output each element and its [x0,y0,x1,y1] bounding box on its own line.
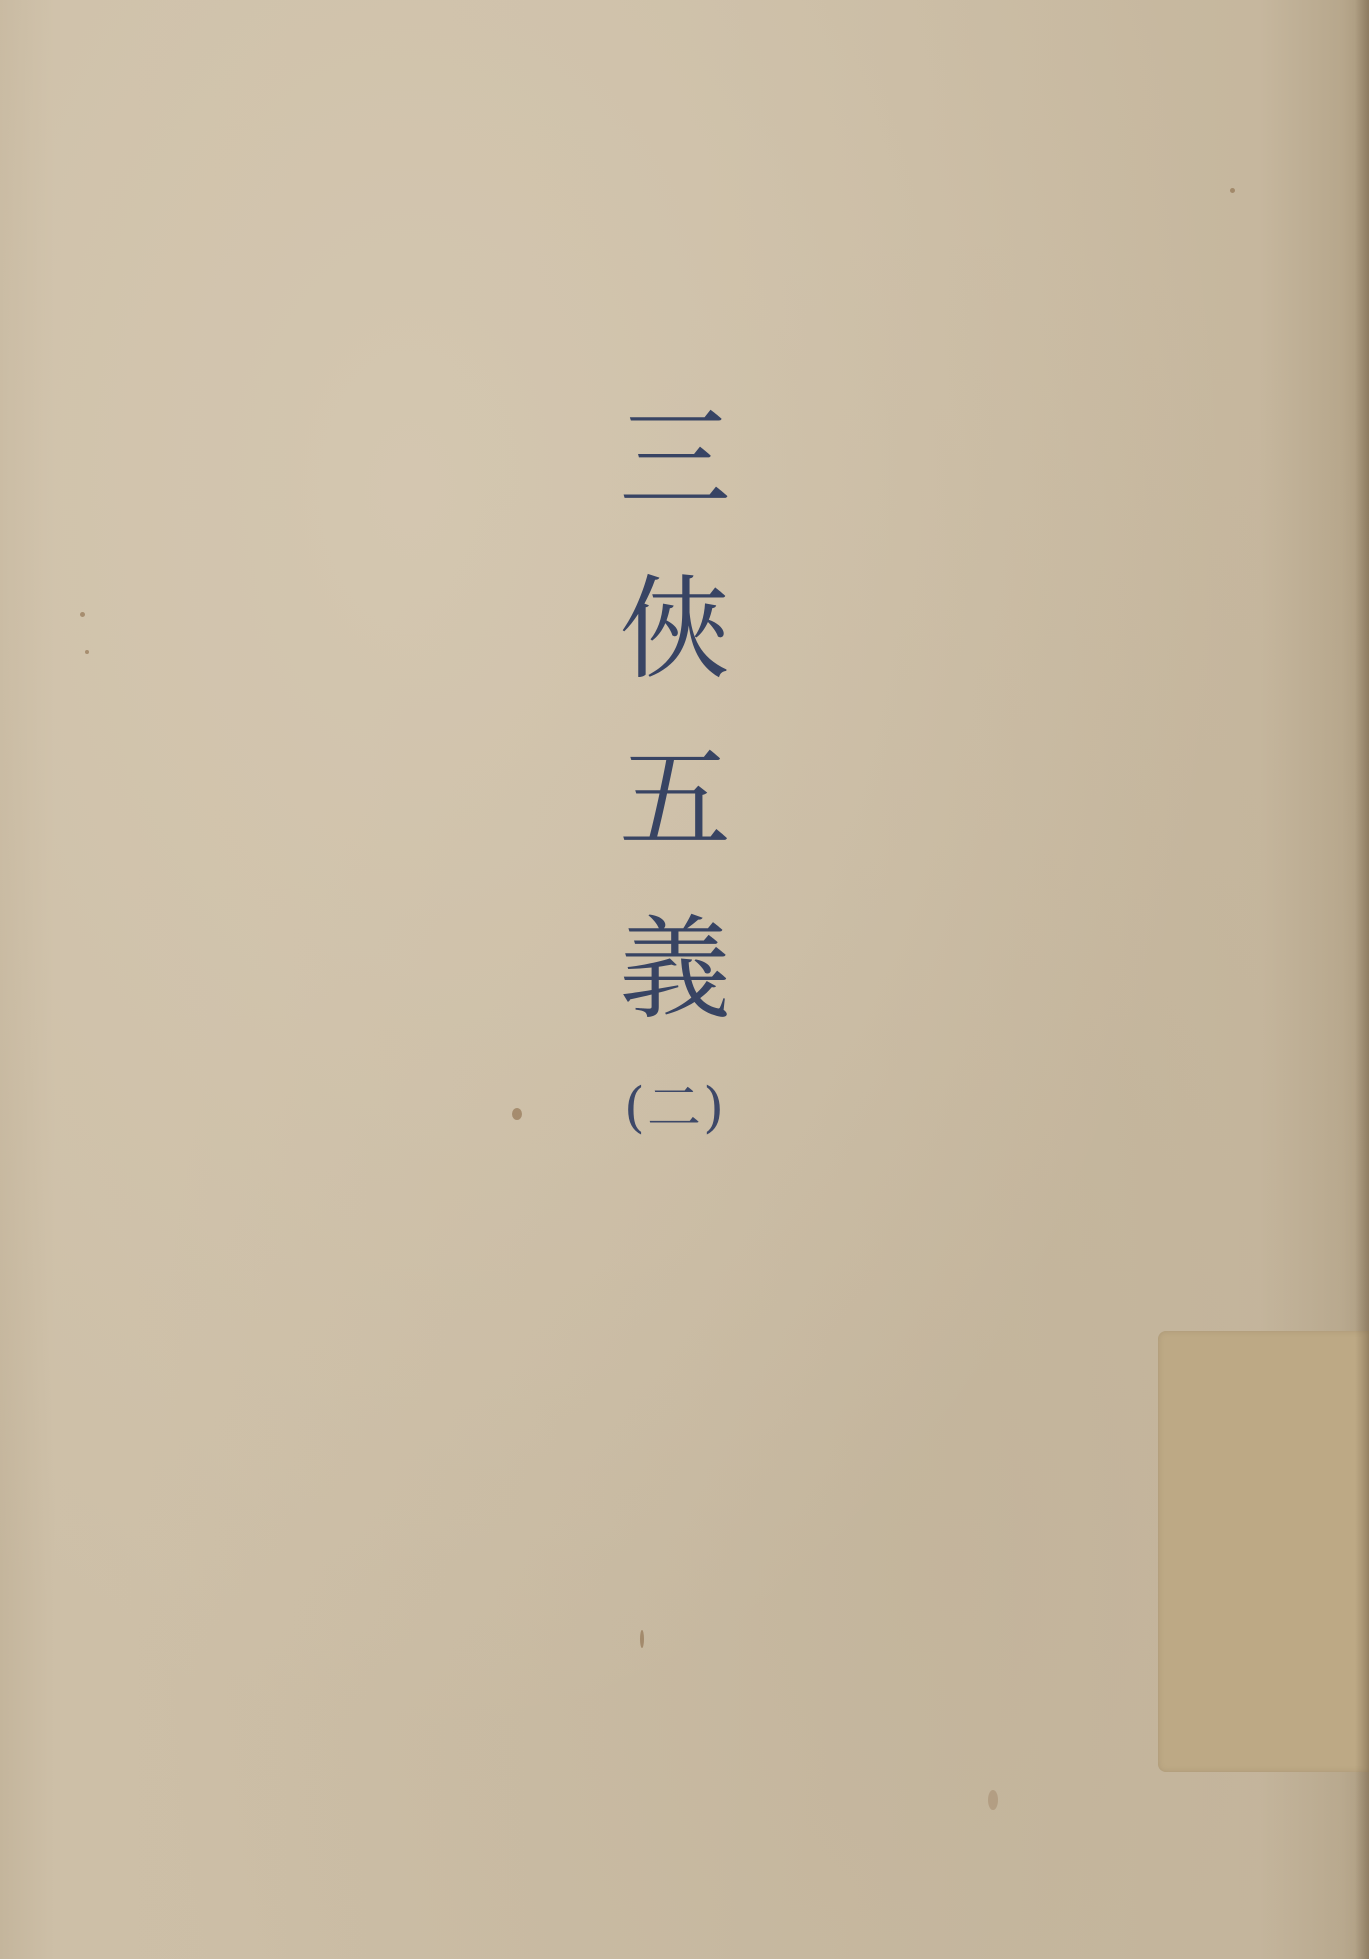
title-char-1: 三 [619,375,731,545]
stain-spot [512,1108,522,1120]
library-label-patch [1158,1331,1369,1772]
title-char-3: 五 [619,715,731,885]
stain-spot [85,650,89,654]
stain-spot [988,1790,998,1810]
stain-spot [640,1630,644,1648]
stain-spot [1230,188,1235,193]
stain-spot [80,612,85,617]
volume-marker: (二) [624,1065,726,1142]
page-edge-shadow [1355,0,1369,1959]
handwritten-title: 三 俠 五 義 (二) [590,375,760,1142]
title-char-4: 義 [619,885,731,1055]
book-cover: 三 俠 五 義 (二) [0,0,1369,1959]
title-char-2: 俠 [619,545,731,715]
